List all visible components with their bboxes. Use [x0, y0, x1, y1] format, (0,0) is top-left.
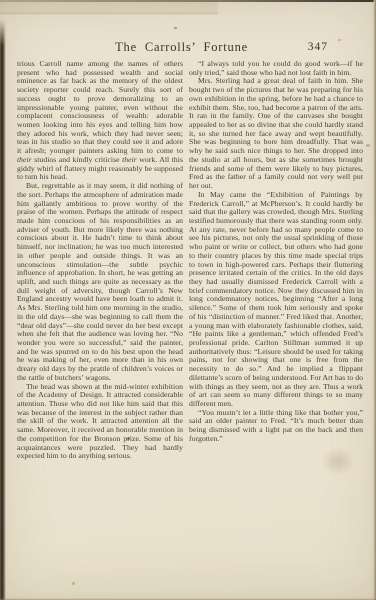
paragraph: “I always told you he could do good work…: [189, 60, 363, 77]
page-number: 347: [308, 41, 328, 53]
paragraph: In May came the “Exhibition of Paintings…: [189, 191, 363, 409]
page-top-edge: [0, 0, 376, 2]
book-page-photo: The Carrolls’ Fortune 347 trious Carroll…: [0, 0, 376, 600]
paragraph: trious Carroll name among the names of o…: [17, 60, 183, 182]
paper-speck: [366, 144, 370, 147]
text-column-left: trious Carroll name among the names of o…: [17, 60, 183, 594]
text-block: trious Carroll name among the names of o…: [17, 60, 363, 594]
paragraph: “You mustn’t let a little thing like tha…: [189, 409, 363, 444]
page-title: The Carrolls’ Fortune: [115, 40, 248, 55]
paragraph: But, regrettable as it may seem, it did …: [17, 182, 183, 383]
book-gutter-edge: [0, 20, 6, 600]
paragraph: Mrs. Sterling had a great deal of faith …: [189, 77, 363, 190]
text-column-right: “I always told you he could do good work…: [189, 60, 363, 594]
paper-speck: [174, 27, 177, 29]
paragraph: The head was shown at the mid-winter exh…: [17, 383, 183, 461]
running-header: The Carrolls’ Fortune 347: [17, 40, 362, 56]
page-top-shading: [0, 0, 218, 14]
